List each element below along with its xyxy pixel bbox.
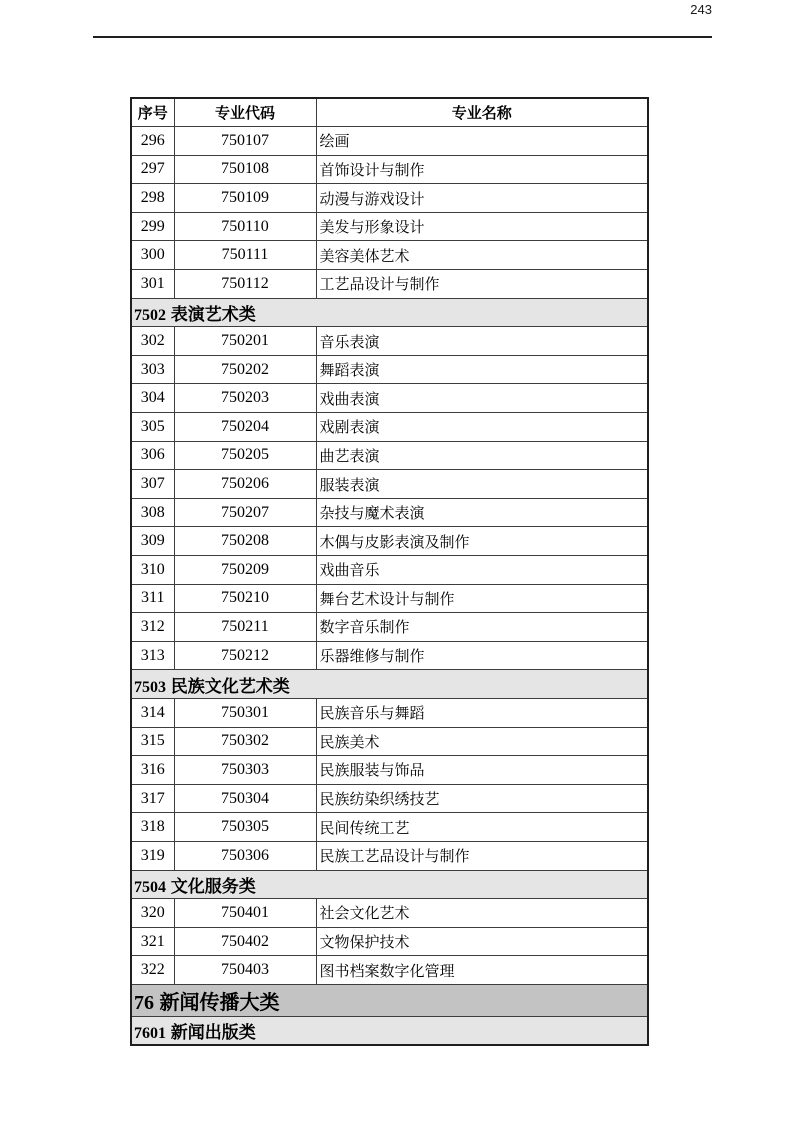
code-cell: 750301 [174,698,316,727]
name-cell: 社会文化艺术 [316,899,648,928]
code-cell: 750209 [174,556,316,585]
name-cell: 音乐表演 [316,327,648,356]
header-rule [93,36,712,38]
section-cell: 76 新闻传播大类 [131,984,648,1016]
table-row: 308750207杂技与魔术表演 [131,498,648,527]
section-code: 7504 [134,879,166,896]
code-cell: 750111 [174,241,316,270]
section-cell: 7504 文化服务类 [131,870,648,899]
name-cell: 文物保护技术 [316,927,648,956]
table-row: 320750401社会文化艺术 [131,899,648,928]
seq-cell: 316 [131,756,174,785]
seq-cell: 318 [131,813,174,842]
seq-cell: 298 [131,184,174,213]
section-cell: 7601 新闻出版类 [131,1016,648,1045]
name-cell: 民族工艺品设计与制作 [316,841,648,870]
name-cell: 乐器维修与制作 [316,641,648,670]
table-row: 314750301民族音乐与舞蹈 [131,698,648,727]
sub-category-row: 7503 民族文化艺术类 [131,670,648,699]
seq-cell: 305 [131,413,174,442]
name-cell: 工艺品设计与制作 [316,270,648,299]
table-row: 302750201音乐表演 [131,327,648,356]
name-cell: 舞台艺术设计与制作 [316,584,648,613]
code-cell: 750208 [174,527,316,556]
name-cell: 戏剧表演 [316,413,648,442]
code-cell: 750305 [174,813,316,842]
seq-cell: 313 [131,641,174,670]
section-cell: 7503 民族文化艺术类 [131,670,648,699]
name-cell: 民族服装与饰品 [316,756,648,785]
seq-cell: 321 [131,927,174,956]
table-row: 307750206服装表演 [131,470,648,499]
column-header-seq: 序号 [131,98,174,127]
table-body: 296750107绘画297750108首饰设计与制作298750109动漫与游… [131,127,648,1045]
table-row: 312750211数字音乐制作 [131,613,648,642]
table-row: 304750203戏曲表演 [131,384,648,413]
seq-cell: 320 [131,899,174,928]
table-row: 311750210舞台艺术设计与制作 [131,584,648,613]
table-row: 303750202舞蹈表演 [131,355,648,384]
name-cell: 动漫与游戏设计 [316,184,648,213]
seq-cell: 314 [131,698,174,727]
table-row: 298750109动漫与游戏设计 [131,184,648,213]
name-cell: 民族音乐与舞蹈 [316,698,648,727]
name-cell: 数字音乐制作 [316,613,648,642]
table-row: 322750403图书档案数字化管理 [131,956,648,985]
sub-category-row: 7601 新闻出版类 [131,1016,648,1045]
table-row: 316750303民族服装与饰品 [131,756,648,785]
code-cell: 750210 [174,584,316,613]
code-cell: 750303 [174,756,316,785]
code-cell: 750203 [174,384,316,413]
seq-cell: 304 [131,384,174,413]
seq-cell: 315 [131,727,174,756]
seq-cell: 306 [131,441,174,470]
seq-cell: 303 [131,355,174,384]
table-row: 300750111美容美体艺术 [131,241,648,270]
table-row: 318750305民间传统工艺 [131,813,648,842]
seq-cell: 297 [131,155,174,184]
name-cell: 木偶与皮影表演及制作 [316,527,648,556]
seq-cell: 308 [131,498,174,527]
code-cell: 750402 [174,927,316,956]
column-header-name: 专业名称 [316,98,648,127]
majors-table: 序号 专业代码 专业名称 296750107绘画297750108首饰设计与制作… [130,97,649,1046]
name-cell: 首饰设计与制作 [316,155,648,184]
table-row: 297750108首饰设计与制作 [131,155,648,184]
table-header-row: 序号 专业代码 专业名称 [131,98,648,127]
name-cell: 舞蹈表演 [316,355,648,384]
document-page: 243 序号 专业代码 专业名称 296750107绘画297750108首饰设… [0,0,793,1122]
name-cell: 图书档案数字化管理 [316,956,648,985]
section-code: 76 [134,992,154,1014]
sub-category-row: 7504 文化服务类 [131,870,648,899]
name-cell: 民间传统工艺 [316,813,648,842]
code-cell: 750204 [174,413,316,442]
sub-category-row: 7502 表演艺术类 [131,298,648,327]
page-number: 243 [690,2,712,17]
name-cell: 杂技与魔术表演 [316,498,648,527]
seq-cell: 301 [131,270,174,299]
code-cell: 750211 [174,613,316,642]
name-cell: 戏曲音乐 [316,556,648,585]
seq-cell: 311 [131,584,174,613]
name-cell: 民族纺染织绣技艺 [316,784,648,813]
code-cell: 750108 [174,155,316,184]
table-row: 310750209戏曲音乐 [131,556,648,585]
code-cell: 750206 [174,470,316,499]
column-header-code: 专业代码 [174,98,316,127]
code-cell: 750403 [174,956,316,985]
table-row: 305750204戏剧表演 [131,413,648,442]
table-row: 321750402文物保护技术 [131,927,648,956]
section-title: 文化服务类 [166,877,256,896]
table-row: 317750304民族纺染织绣技艺 [131,784,648,813]
name-cell: 民族美术 [316,727,648,756]
section-code: 7502 [134,307,166,324]
name-cell: 服装表演 [316,470,648,499]
section-cell: 7502 表演艺术类 [131,298,648,327]
table-row: 319750306民族工艺品设计与制作 [131,841,648,870]
seq-cell: 317 [131,784,174,813]
code-cell: 750302 [174,727,316,756]
name-cell: 曲艺表演 [316,441,648,470]
code-cell: 750109 [174,184,316,213]
name-cell: 绘画 [316,127,648,156]
seq-cell: 299 [131,212,174,241]
name-cell: 戏曲表演 [316,384,648,413]
table-row: 309750208木偶与皮影表演及制作 [131,527,648,556]
major-category-row: 76 新闻传播大类 [131,984,648,1016]
code-cell: 750107 [174,127,316,156]
table-row: 296750107绘画 [131,127,648,156]
code-cell: 750201 [174,327,316,356]
seq-cell: 312 [131,613,174,642]
section-title: 民族文化艺术类 [166,677,290,696]
seq-cell: 296 [131,127,174,156]
code-cell: 750304 [174,784,316,813]
seq-cell: 310 [131,556,174,585]
section-title: 表演艺术类 [166,305,256,324]
code-cell: 750207 [174,498,316,527]
seq-cell: 319 [131,841,174,870]
table-row: 306750205曲艺表演 [131,441,648,470]
section-code: 7601 [134,1025,166,1042]
code-cell: 750110 [174,212,316,241]
seq-cell: 302 [131,327,174,356]
seq-cell: 322 [131,956,174,985]
code-cell: 750202 [174,355,316,384]
table-row: 313750212乐器维修与制作 [131,641,648,670]
section-title: 新闻传播大类 [154,992,280,1014]
name-cell: 美容美体艺术 [316,241,648,270]
seq-cell: 309 [131,527,174,556]
section-title: 新闻出版类 [166,1023,256,1042]
name-cell: 美发与形象设计 [316,212,648,241]
code-cell: 750212 [174,641,316,670]
code-cell: 750205 [174,441,316,470]
seq-cell: 307 [131,470,174,499]
table-row: 301750112工艺品设计与制作 [131,270,648,299]
code-cell: 750306 [174,841,316,870]
table-row: 299750110美发与形象设计 [131,212,648,241]
seq-cell: 300 [131,241,174,270]
code-cell: 750112 [174,270,316,299]
table-row: 315750302民族美术 [131,727,648,756]
code-cell: 750401 [174,899,316,928]
section-code: 7503 [134,679,166,696]
